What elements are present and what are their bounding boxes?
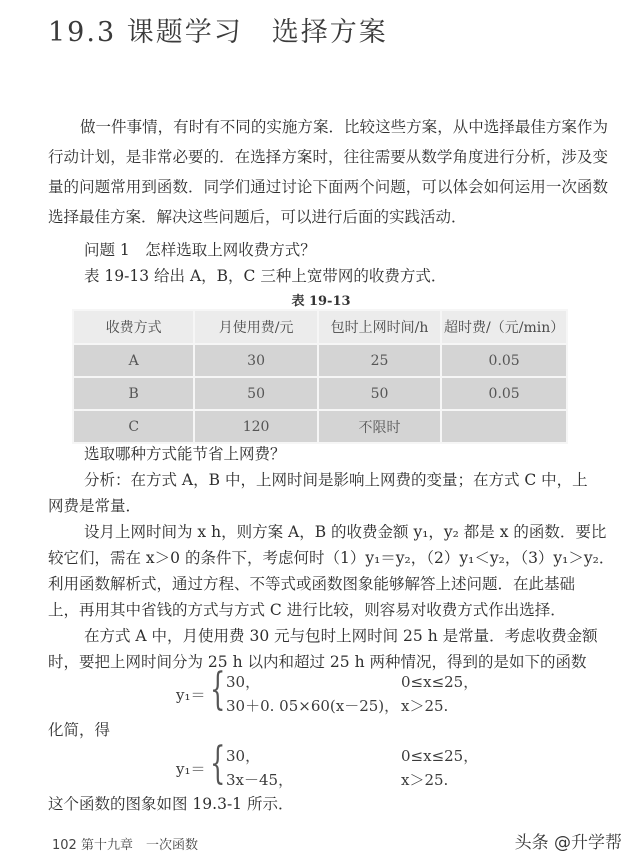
table-row: B 50 50 0.05 [73, 377, 567, 410]
table-cell: 0.05 [441, 377, 567, 410]
setup-line-1: 设月上网时间为 x h，则方案 A，B 的收费金额 y₁，y₂ 都是 x 的函数… [84, 520, 606, 544]
table-cell: 30 [194, 344, 317, 377]
figure-reference: 这个函数的图象如图 19.3-1 所示． [48, 792, 293, 816]
method-a-line-1: 在方式 A 中，月使用费 30 元与包时上网时间 25 h 是常量．考虑收费金额 [84, 624, 598, 648]
table-cell: B [73, 377, 194, 410]
analysis-line-1: 分析：在方式 A，B 中，上网时间是影响上网费的变量；在方式 C 中，上 [84, 468, 588, 492]
watermark: 头条 @升学帮 [515, 828, 622, 853]
left-brace: { [210, 668, 225, 712]
table-cell: 50 [194, 377, 317, 410]
question-text: 选取哪种方式能节省上网费？ [84, 442, 286, 466]
table-cell: 不限时 [318, 410, 441, 443]
table-cell: 0.05 [441, 344, 567, 377]
table-row: A 30 25 0.05 [73, 344, 567, 377]
header-included-hours: 包时上网时间/h [318, 310, 441, 344]
table-cell [441, 410, 567, 443]
formula-lhs: y₁＝ [176, 758, 206, 779]
formula-case-2-cond: x＞25. [401, 770, 448, 790]
table-cell: 120 [194, 410, 317, 443]
setup-line-3: 利用函数解析式，通过方程、不等式或函数图象能够解答上述问题．在此基础 [48, 572, 575, 596]
page-title: 19.3 课题学习 选择方案 [48, 10, 388, 49]
setup-line-4: 上，再用其中省钱的方式与方式 C 进行比较，则容易对收费方式作出选择． [48, 598, 566, 622]
analysis-line-2: 网费是常量． [48, 494, 141, 518]
table-cell: 25 [318, 344, 441, 377]
table-header-row: 收费方式 月使用费/元 包时上网时间/h 超时费/（元/min） [73, 310, 567, 344]
formula-case-2-expr: 30＋0. 05×60(x－25)， [226, 696, 399, 716]
formula-case-1-expr: 30， [226, 746, 260, 766]
simplify-label: 化简，得 [48, 718, 110, 742]
intro-paragraph: 做一件事情，有时有不同的实施方案．比较这些方案，从中选择最佳方案作为行动计划，是… [48, 112, 608, 232]
table-cell: A [73, 344, 194, 377]
table-caption: 表 19-13 [0, 290, 642, 309]
left-brace: { [210, 742, 225, 786]
formula-lhs: y₁＝ [176, 684, 206, 705]
header-method: 收费方式 [73, 310, 194, 344]
piecewise-formula-simplified: y₁＝ { 30， 0≤x≤25， 3x－45， x＞25. [176, 744, 476, 788]
table-row: C 120 不限时 [73, 410, 567, 443]
header-monthly-fee: 月使用费/元 [194, 310, 317, 344]
fee-table: 收费方式 月使用费/元 包时上网时间/h 超时费/（元/min） A 30 25… [72, 309, 568, 444]
problem-1-title: 问题 1 怎样选取上网收费方式？ [84, 238, 316, 262]
formula-case-2-expr: 3x－45， [226, 770, 293, 790]
header-overtime-fee: 超时费/（元/min） [441, 310, 567, 344]
formula-case-1-expr: 30， [226, 672, 260, 692]
table-cell: C [73, 410, 194, 443]
table-intro: 表 19-13 给出 A，B，C 三种上宽带网的收费方式． [84, 264, 446, 288]
formula-case-1-cond: 0≤x≤25， [401, 672, 478, 692]
table-cell: 50 [318, 377, 441, 410]
formula-case-2-cond: x＞25. [401, 696, 448, 716]
page-footer: 102 第十九章 一次函数 [52, 834, 198, 853]
piecewise-formula-original: y₁＝ { 30， 0≤x≤25， 30＋0. 05×60(x－25)， x＞2… [176, 670, 476, 714]
formula-case-1-cond: 0≤x≤25， [401, 746, 478, 766]
setup-line-2: 较它们，需在 x＞0 的条件下，考虑何时（1）y₁＝y₂，（2）y₁＜y₂，（3… [48, 546, 614, 570]
